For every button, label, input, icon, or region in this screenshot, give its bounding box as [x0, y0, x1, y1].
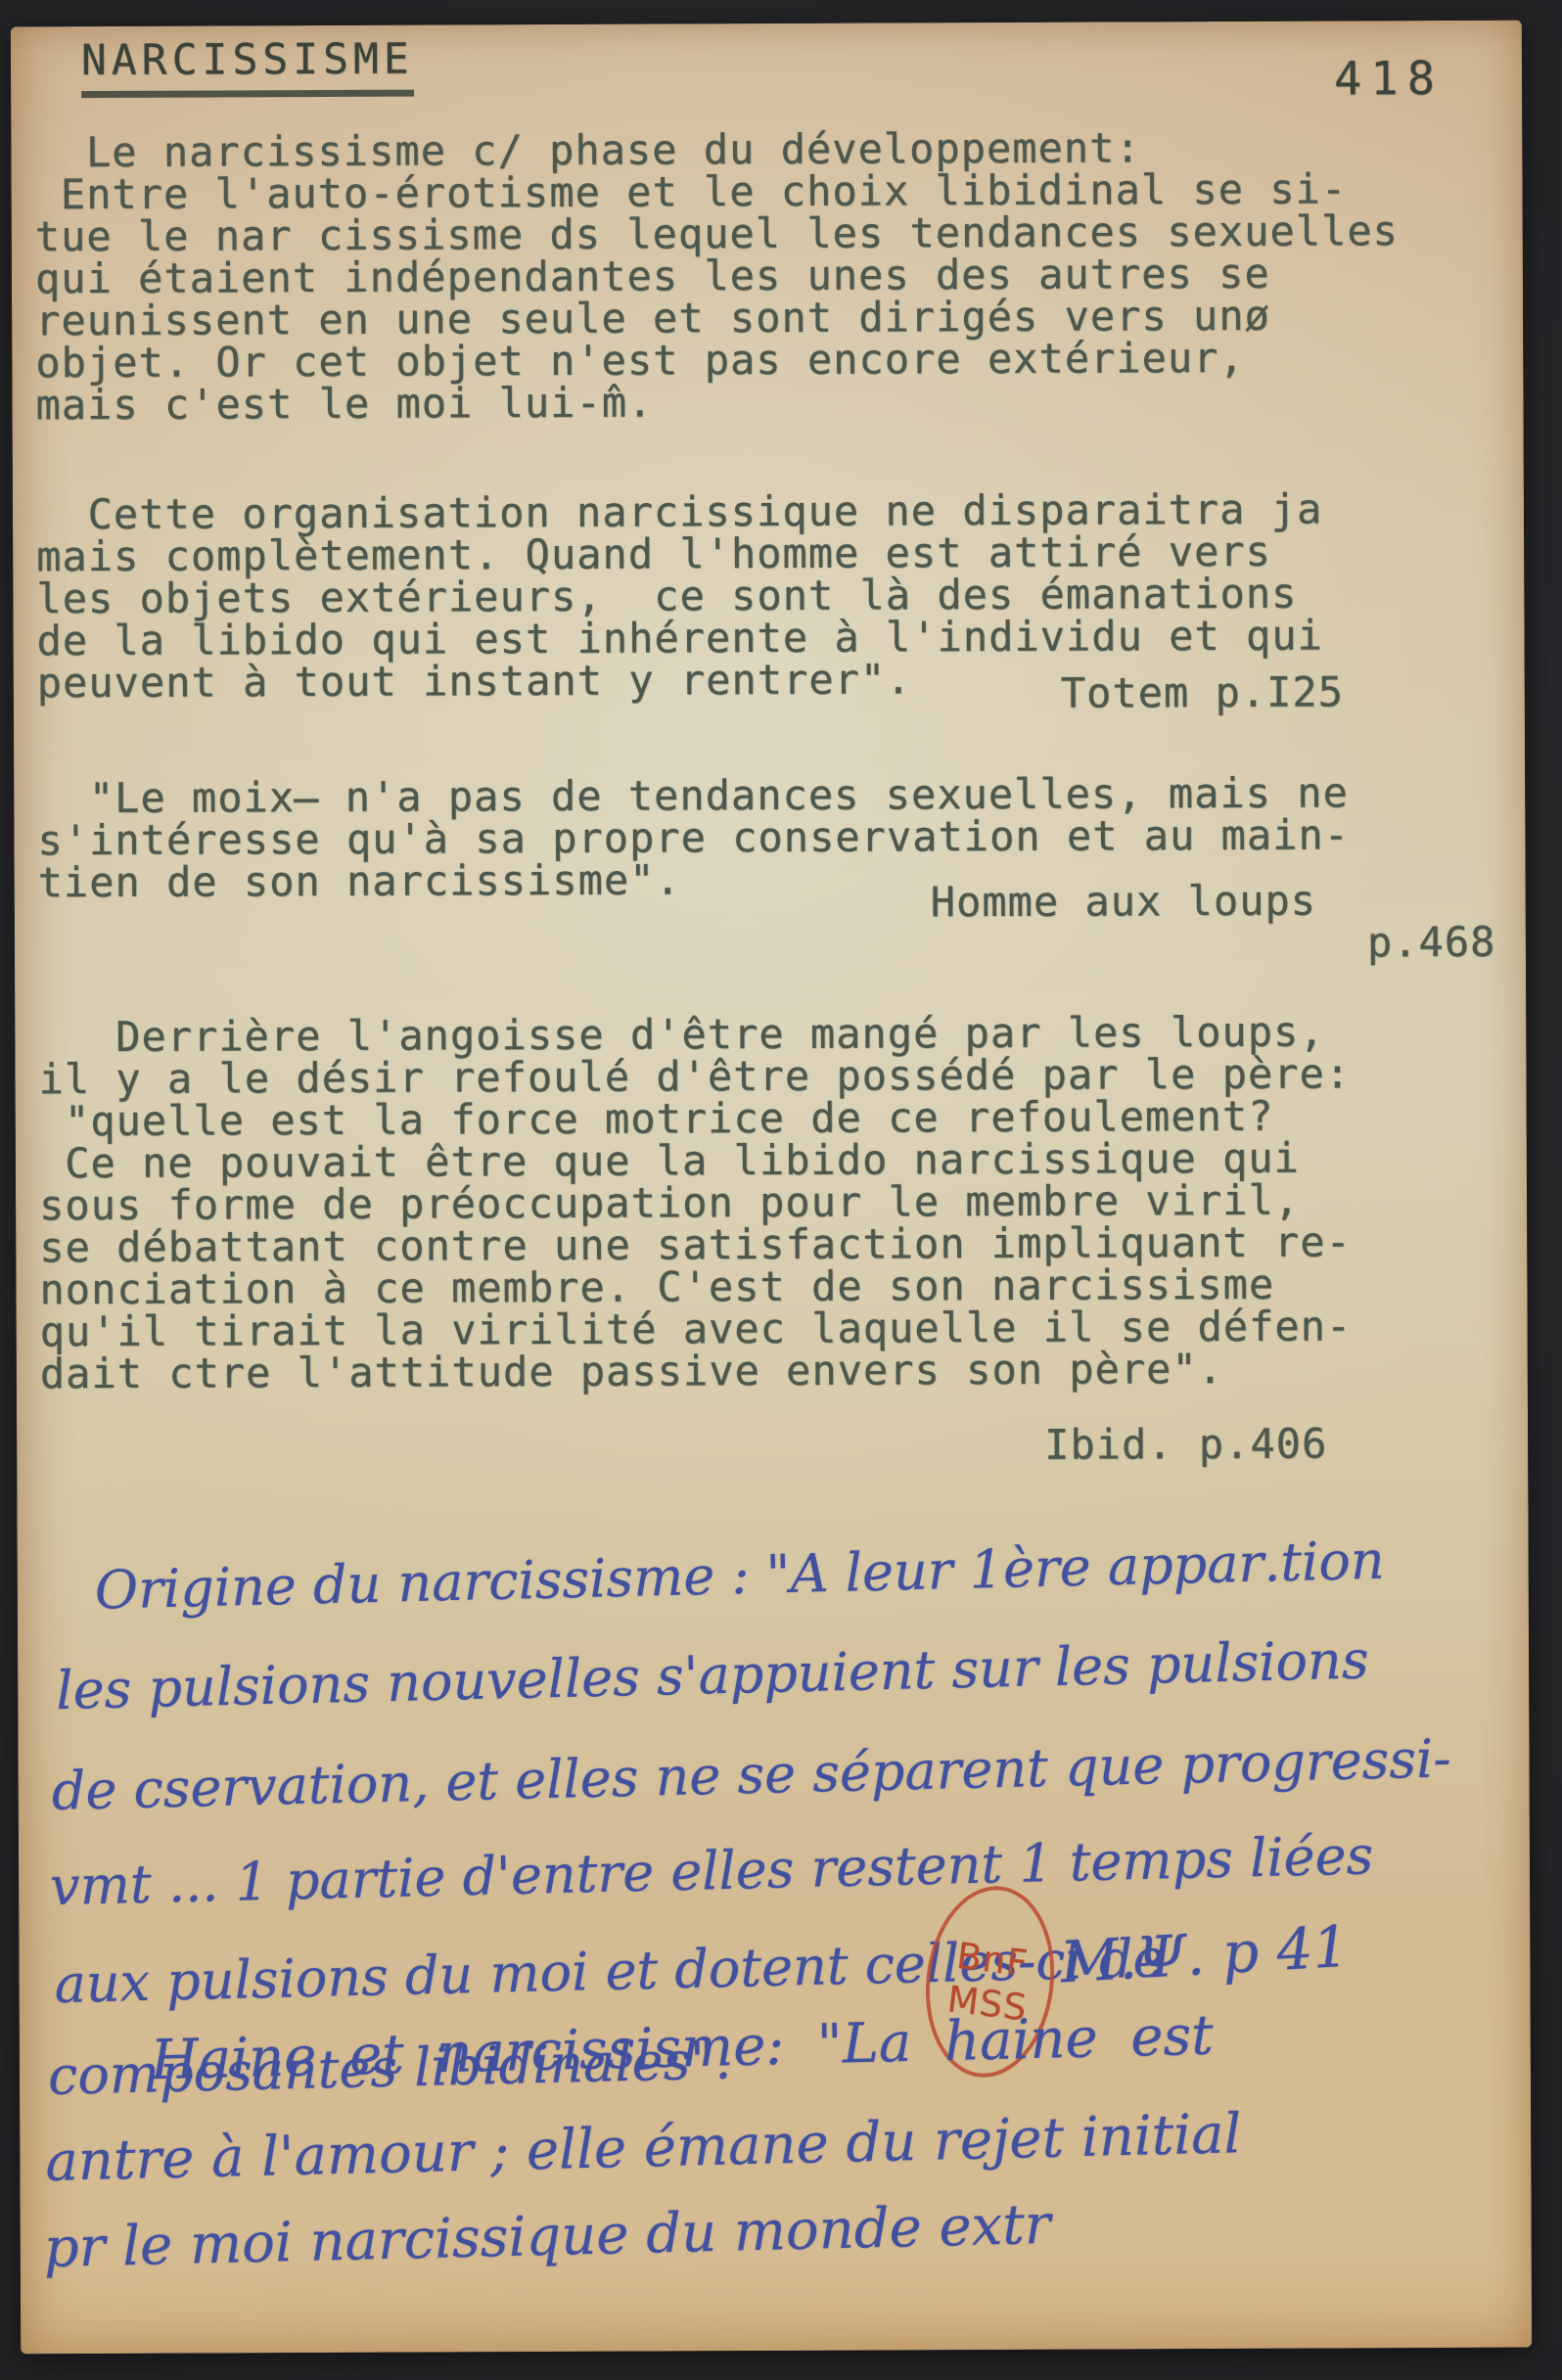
handwritten-line: les pulsions nouvelles s'appuient sur le…: [56, 1628, 1370, 1721]
page-title: NARCISSISME: [81, 39, 414, 98]
page-number: 418: [1334, 58, 1444, 100]
reference-ibid: Ibid. p.406: [1044, 1423, 1327, 1466]
handwritten-line-haine: Haine et narcissisme: "La haine est: [150, 2004, 1214, 2093]
handwritten-line: pr le moi narcissique du monde extr: [43, 2193, 1051, 2280]
handwritten-reference-metapsychologie: M.Ψ. p 41: [1059, 1913, 1351, 1996]
typed-line: mais c'est le moi lui-m̂.: [35, 378, 1399, 426]
typed-paragraph-loups: Derrière l'angoisse d'être mangé par les…: [38, 1010, 1352, 1395]
typed-line: objet. Or cet objet n'est pas encore ext…: [35, 336, 1399, 384]
typed-line: de la libido qui est inhérente à l'indiv…: [36, 615, 1322, 663]
handwritten-line-origine: Origine du narcissisme : "A leur 1ère ap…: [94, 1530, 1385, 1622]
scanned-manuscript-background: NARCISSISME 418 Le narcissisme c/ phase …: [0, 0, 1562, 2380]
reference-homme-aux-loups: Homme aux loups: [931, 880, 1316, 924]
reference-homme-aux-loups-page: p.468: [1367, 921, 1496, 964]
handwritten-line: vmt ... 1 partie d'entre elles restent 1…: [49, 1824, 1373, 1917]
typed-line: dait ctre l'attitude passive envers son …: [40, 1347, 1353, 1395]
typed-paragraph-development: Le narcissisme c/ phase du développement…: [34, 125, 1399, 426]
handwritten-line: de cservation, et elles ne se séparent q…: [51, 1727, 1451, 1822]
reference-totem: Totem p.I25: [1061, 670, 1344, 713]
manuscript-page: NARCISSISME 418 Le narcissisme c/ phase …: [11, 21, 1532, 2355]
typed-line: s'intéresse qu'à sa propre conservation …: [37, 813, 1350, 861]
handwritten-line: antre à l'amour ; elle émane du rejet in…: [45, 2102, 1242, 2194]
